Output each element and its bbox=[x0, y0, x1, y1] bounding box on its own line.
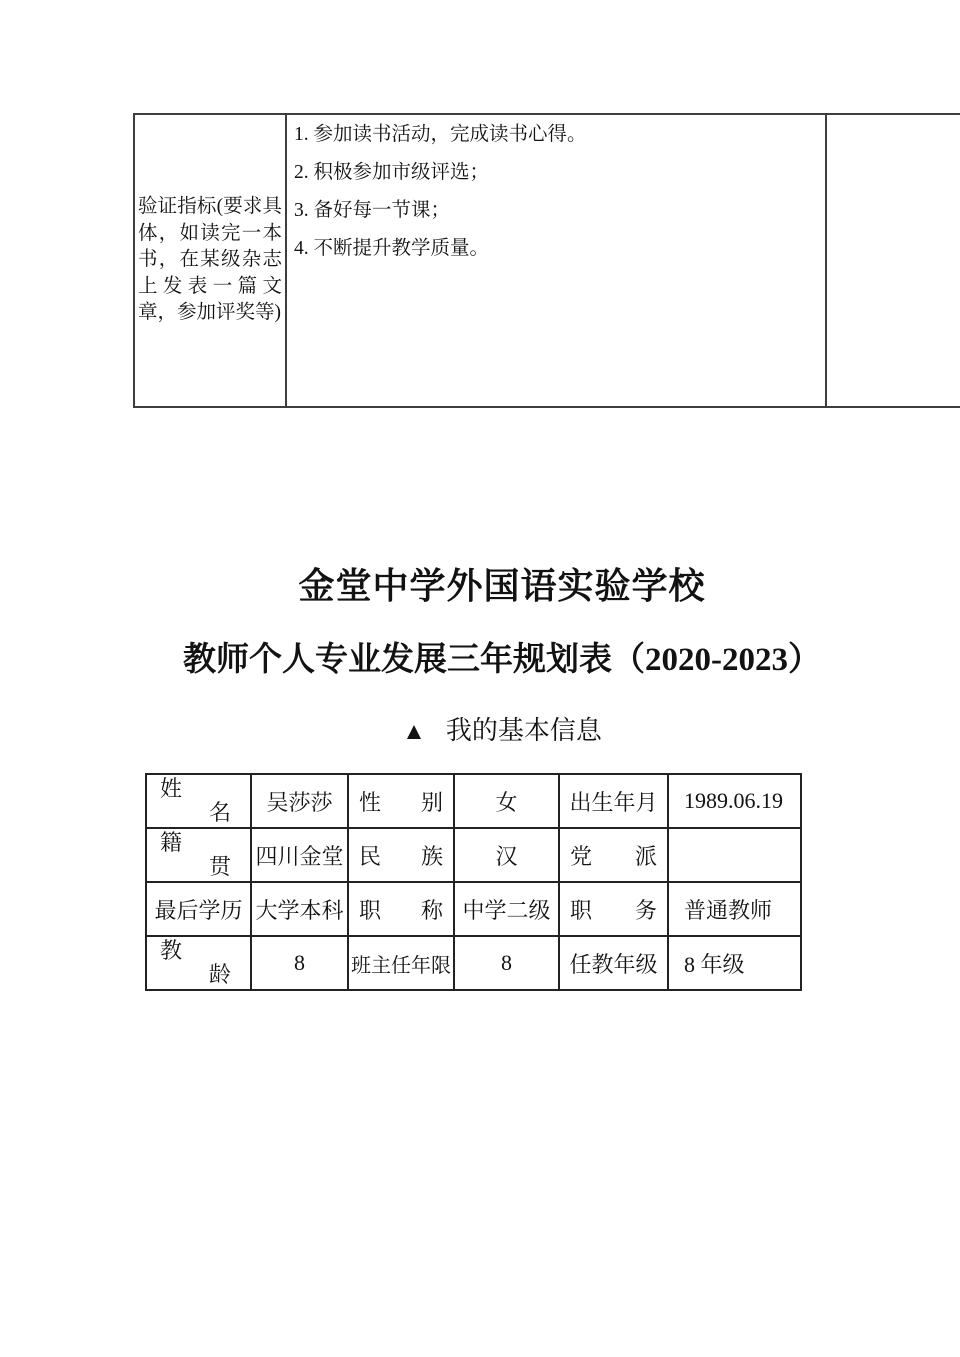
education-label: 最后学历 bbox=[146, 882, 251, 936]
section-heading-label: 我的基本信息 bbox=[446, 716, 602, 745]
table-row: 最后学历 大学本科 职称 中学二级 职务 普通教师 bbox=[146, 882, 801, 936]
table-row: 籍 贯 四川金堂 民族 汉 党派 bbox=[146, 828, 801, 882]
verification-label-cell: 验证指标(要求具体，如读完一本书，在某级杂志上发表一篇文章，参加评奖等) bbox=[135, 115, 287, 406]
section-heading: ▲我的基本信息 bbox=[133, 710, 871, 747]
verification-item-2: 2. 积极参加市级评选； bbox=[294, 161, 813, 184]
verification-items-cell: 1. 参加读书活动，完成读书心得。 2. 积极参加市级评选； 3. 备好每一节课… bbox=[287, 115, 827, 406]
name-label-char2: 名 bbox=[147, 801, 250, 825]
verification-indicators-table: 验证指标(要求具体，如读完一本书，在某级杂志上发表一篇文章，参加评奖等) 1. … bbox=[133, 113, 960, 408]
verification-item-3: 3. 备好每一节课； bbox=[294, 199, 813, 222]
native-place-label-char2: 贯 bbox=[147, 855, 250, 879]
class-teacher-years-label: 班主任年限 bbox=[348, 936, 454, 990]
class-teacher-years-value: 8 bbox=[454, 936, 559, 990]
professional-title-value: 中学二级 bbox=[454, 882, 559, 936]
teaching-grade-label: 任教年级 bbox=[559, 936, 668, 990]
verification-label: 验证指标(要求具体，如读完一本书，在某级杂志上发表一篇文章，参加评奖等) bbox=[138, 194, 282, 327]
name-value: 吴莎莎 bbox=[251, 774, 348, 828]
party-value bbox=[668, 828, 801, 882]
teaching-years-label-char2: 龄 bbox=[147, 963, 250, 987]
position-label: 职务 bbox=[559, 882, 668, 936]
native-place-value: 四川金堂 bbox=[251, 828, 348, 882]
position-value: 普通教师 bbox=[668, 882, 801, 936]
gender-value: 女 bbox=[454, 774, 559, 828]
professional-title-label: 职称 bbox=[348, 882, 454, 936]
native-place-label: 籍 贯 bbox=[146, 828, 251, 882]
name-label-char1: 姓 bbox=[147, 777, 250, 801]
table-row: 教 龄 8 班主任年限 8 任教年级 8 年级 bbox=[146, 936, 801, 990]
gender-label: 性别 bbox=[348, 774, 454, 828]
verification-empty-cell bbox=[827, 115, 960, 406]
table-row: 姓 名 吴莎莎 性别 女 出生年月 1989.06.19 bbox=[146, 774, 801, 828]
education-value: 大学本科 bbox=[251, 882, 348, 936]
teaching-years-label: 教 龄 bbox=[146, 936, 251, 990]
teaching-years-label-char1: 教 bbox=[147, 939, 250, 963]
document-page: { "page": { "background": "#ffffff", "te… bbox=[0, 0, 960, 1357]
party-label: 党派 bbox=[559, 828, 668, 882]
verification-item-1: 1. 参加读书活动，完成读书心得。 bbox=[294, 123, 813, 146]
school-title: 金堂中学外国语实验学校 bbox=[133, 558, 871, 609]
native-place-label-char1: 籍 bbox=[147, 831, 250, 855]
basic-info-table: 姓 名 吴莎莎 性别 女 出生年月 1989.06.19 籍 贯 四川金堂 民族… bbox=[145, 773, 802, 991]
teaching-grade-value: 8 年级 bbox=[668, 936, 801, 990]
teaching-years-value: 8 bbox=[251, 936, 348, 990]
name-label: 姓 名 bbox=[146, 774, 251, 828]
triangle-icon: ▲ bbox=[402, 719, 426, 745]
birthdate-value: 1989.06.19 bbox=[668, 774, 801, 828]
ethnicity-label: 民族 bbox=[348, 828, 454, 882]
plan-title: 教师个人专业发展三年规划表（2020-2023） bbox=[83, 633, 921, 680]
birthdate-label: 出生年月 bbox=[559, 774, 668, 828]
ethnicity-value: 汉 bbox=[454, 828, 559, 882]
verification-item-4: 4. 不断提升教学质量。 bbox=[294, 237, 813, 260]
